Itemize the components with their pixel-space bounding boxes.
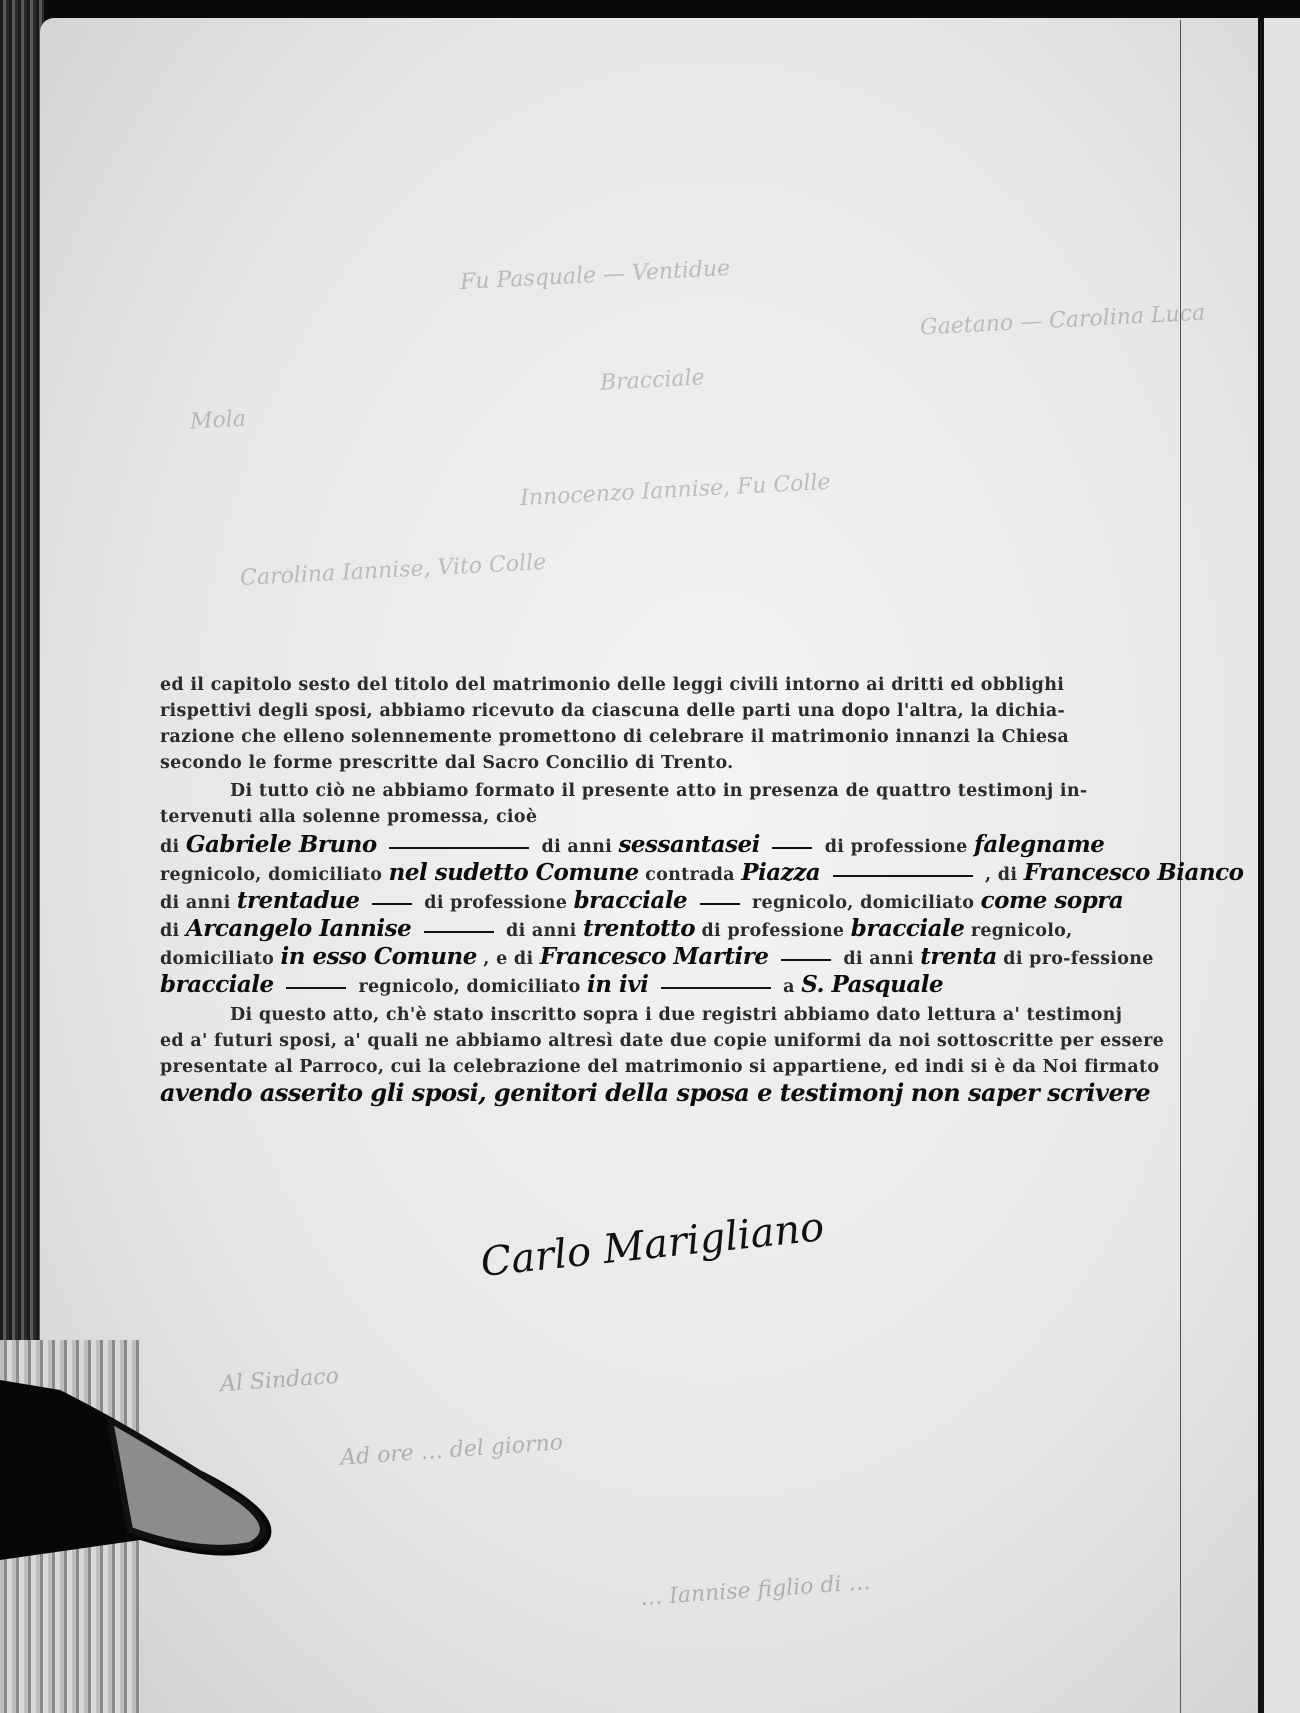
bleed-through-text: Innocenzo Iannise, Fu Colle [520,470,832,511]
bleed-through-text: Carolina Iannise, Vito Colle [240,550,547,591]
label: contrada [645,865,735,885]
label: domiciliato [467,977,581,997]
bleed-through-text: Ad ore … del giorno [339,1430,563,1471]
label: di anni [506,921,577,941]
label: di professione [424,893,567,913]
witness-row-3b: domiciliato in esso Comune , e di France… [160,944,1154,972]
witness-row-2: di anni trentadue di professione braccia… [160,888,1123,916]
label: a [783,977,795,997]
fill-line [372,903,412,905]
witness-name: Arcangelo Iannise [186,915,411,942]
label: regnicolo, [971,921,1073,941]
closing-handwritten: avendo asserito gli sposi, genitori dell… [160,1080,1150,1106]
witness-row-1b: regnicolo, domiciliato nel sudetto Comun… [160,860,1243,888]
printed-line: tervenuti alla solenne promessa, cioè [160,804,537,830]
label: di anni [843,949,914,969]
bleed-through-text: Bracciale [599,365,705,395]
label: di professione [825,837,968,857]
label: , e di [483,949,533,969]
witness-name: Gabriele Bruno [186,831,377,858]
closing-line: ed a' futuri sposi, a' quali ne abbiamo … [160,1028,1164,1054]
fill-line [772,847,812,849]
fill-line [661,987,771,989]
closing-line: Di questo atto, ch'è stato inscritto sop… [160,1002,1122,1028]
printed-line: ed il capitolo sesto del titolo del matr… [160,672,1064,698]
label: , di [985,865,1017,885]
label: regnicolo, [752,893,854,913]
bleed-through-text: Mola [189,407,246,435]
thumb-shadow [0,1380,300,1580]
printed-line: secondo le forme prescritte dal Sacro Co… [160,750,734,776]
witness-profession: bracciale [160,971,274,998]
witness-profession: bracciale [851,915,965,942]
witness-name: Francesco Martire [540,943,769,970]
witness-name: Francesco Bianco [1024,859,1244,886]
witness-row-1: di Gabriele Bruno di anni sessantasei di… [160,832,1104,860]
label: di [160,921,179,941]
witness-age: trentadue [237,887,360,914]
label: domiciliato [268,865,382,885]
label: di professione [702,921,845,941]
bleed-through-text: Gaetano — Carolina Luca [920,301,1206,341]
fill-line [286,987,346,989]
label: di anni [542,837,613,857]
witness-domicile: nel sudetto Comune [389,859,639,886]
bleed-through-text: Fu Pasquale — Ventidue [460,256,731,295]
witness-domicile: come sopra [981,887,1124,914]
witness-age: trentotto [583,915,695,942]
witness-domicile: in ivi [587,971,648,998]
label: di anni [160,893,231,913]
label: domiciliato [860,893,974,913]
witness-domicile: in esso Comune [280,943,476,970]
printed-line: rispettivi degli sposi, abbiamo ricevuto… [160,698,1065,724]
witness-street: S. Pasquale [801,971,943,998]
witness-profession: falegname [974,831,1104,858]
witness-street: Piazza [741,859,820,886]
label: domiciliato [160,949,274,969]
fill-line [833,875,973,877]
witness-age: sessantasei [618,831,759,858]
printed-line: Di tutto ciò ne abbiamo formato il prese… [160,778,1087,804]
fill-line [389,847,529,849]
label: di [160,837,179,857]
printed-line: razione che elleno solennemente prometto… [160,724,1069,750]
label: di pro-fessione [1003,949,1153,969]
witness-profession: bracciale [574,887,688,914]
fill-line [781,959,831,961]
bleed-through-text: … Iannise figlio di … [639,1570,871,1611]
facing-page-edge [1258,18,1300,1713]
witness-row-4: bracciale regnicolo, domiciliato in ivi … [160,972,943,1000]
label: regnicolo, [358,977,460,997]
witness-row-3: di Arcangelo Iannise di anni trentotto d… [160,916,1073,944]
fill-line [424,931,494,933]
label: regnicolo, [160,865,262,885]
closing-line: presentate al Parroco, cui la celebrazio… [160,1054,1159,1080]
witness-age: trenta [920,943,997,970]
fill-line [700,903,740,905]
